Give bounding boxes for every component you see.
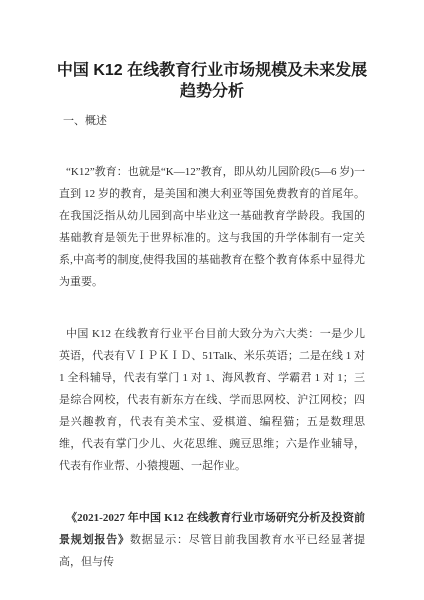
document-page: 中国 K12 在线教育行业市场规模及未来发展趋势分析 一、概述 “K12”教育：… [0, 0, 424, 600]
paragraph-platform-categories: 中国 K12 在线教育行业平台目前大致分为六大类：一是少儿英语，代表有ＶＩＰＫＩ… [59, 323, 365, 477]
paragraph-k12-definition: “K12”教育：也就是“K—12”教育，即从幼儿园阶段(5—6 岁)一直到 12… [59, 161, 365, 293]
document-title: 中国 K12 在线教育行业市场规模及未来发展趋势分析 [53, 60, 371, 102]
paragraph-report-data: 《2021-2027 年中国 K12 在线教育行业市场研究分析及投资前景规划报告… [59, 507, 365, 573]
section-heading-overview: 一、概述 [63, 110, 365, 132]
